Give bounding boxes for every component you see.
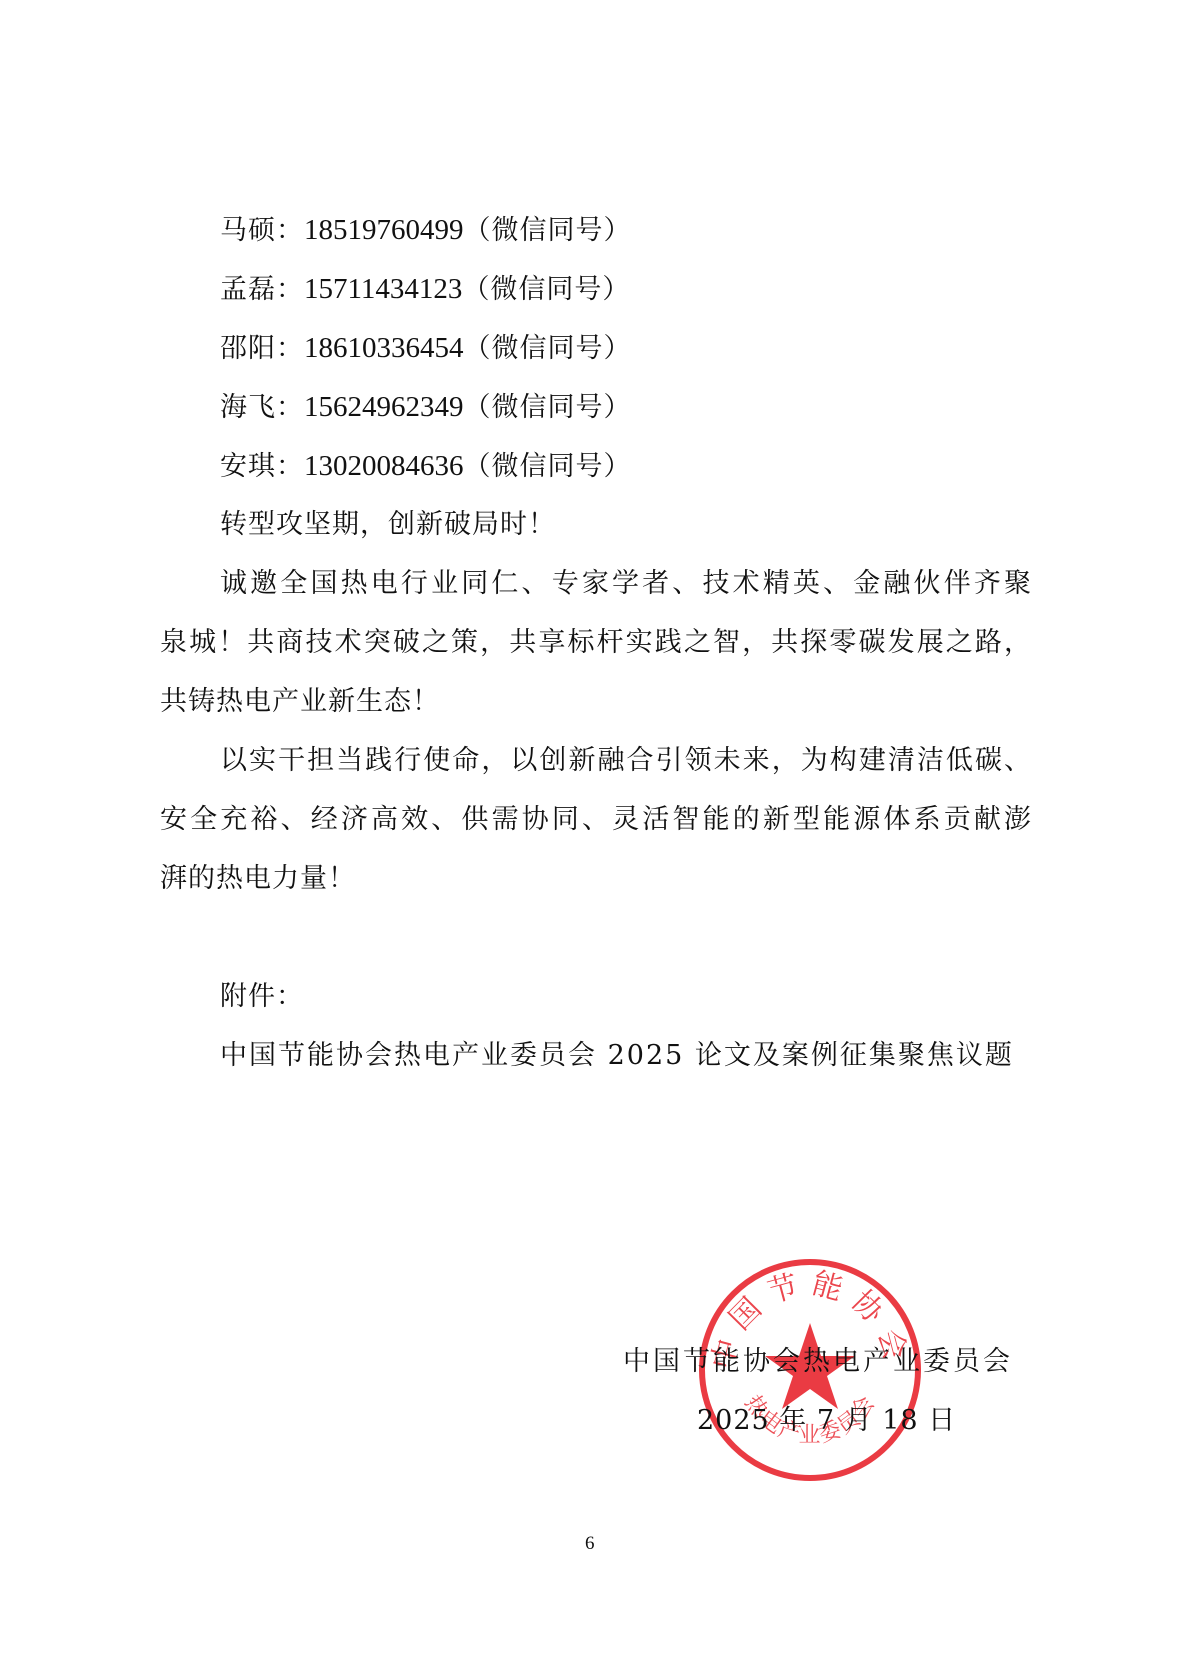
page-number: 6 [585, 1533, 595, 1555]
contact-line: 马硕：18519760499（微信同号） [220, 213, 1092, 248]
contact-note: （微信同号） [462, 274, 630, 305]
contact-name: 孟磊 [220, 274, 276, 305]
contact-name: 马硕 [220, 215, 276, 246]
contact-name: 邵阳 [220, 333, 276, 364]
contact-phone: 15624962349 [304, 391, 464, 423]
contact-note: （微信同号） [464, 392, 632, 423]
signature-date: 2025 年 7 月 18 日 [697, 1404, 956, 1438]
attachment-title: 中国节能协会热电产业委员会 2025 论文及案例征集聚焦议题 [220, 1039, 1092, 1073]
contact-note: （微信同号） [464, 215, 632, 246]
contact-note: （微信同号） [464, 333, 632, 364]
document-page: 马硕：18519760499（微信同号） 孟磊：15711434123（微信同号… [0, 0, 1185, 1677]
paragraph-line: 以实干担当践行使命，以创新融合引领未来，为构建清洁低碳、 [220, 744, 1032, 778]
contact-phone: 15711434123 [304, 273, 462, 305]
paragraph-line: 安全充裕、经济高效、供需协同、灵活智能的新型能源体系贡献澎 [160, 803, 1032, 837]
contact-line: 海飞：15624962349（微信同号） [220, 390, 1092, 425]
contact-name: 海飞 [220, 392, 276, 423]
paragraph-line: 泉城！共商技术突破之策，共享标杆实践之智，共探零碳发展之路， [160, 626, 1032, 660]
paragraph-line: 湃的热电力量！ [160, 862, 1032, 896]
attachment-label: 附件： [220, 980, 1092, 1014]
contact-name: 安琪 [220, 451, 276, 482]
contact-phone: 18610336454 [304, 332, 464, 364]
slogan: 转型攻坚期，创新破局时！ [220, 508, 1092, 542]
contact-line: 孟磊：15711434123（微信同号） [220, 272, 1092, 307]
paragraph-line: 共铸热电产业新生态！ [160, 685, 1032, 719]
contact-line: 安琪：13020084636（微信同号） [220, 449, 1092, 484]
signature-organization: 中国节能协会热电产业委员会 [623, 1345, 1013, 1379]
paragraph-line: 诚邀全国热电行业同仁、专家学者、技术精英、金融伙伴齐聚 [220, 567, 1032, 601]
contact-note: （微信同号） [464, 451, 632, 482]
contact-phone: 18519760499 [304, 214, 464, 246]
contact-line: 邵阳：18610336454（微信同号） [220, 331, 1092, 366]
contact-phone: 13020084636 [304, 450, 464, 482]
